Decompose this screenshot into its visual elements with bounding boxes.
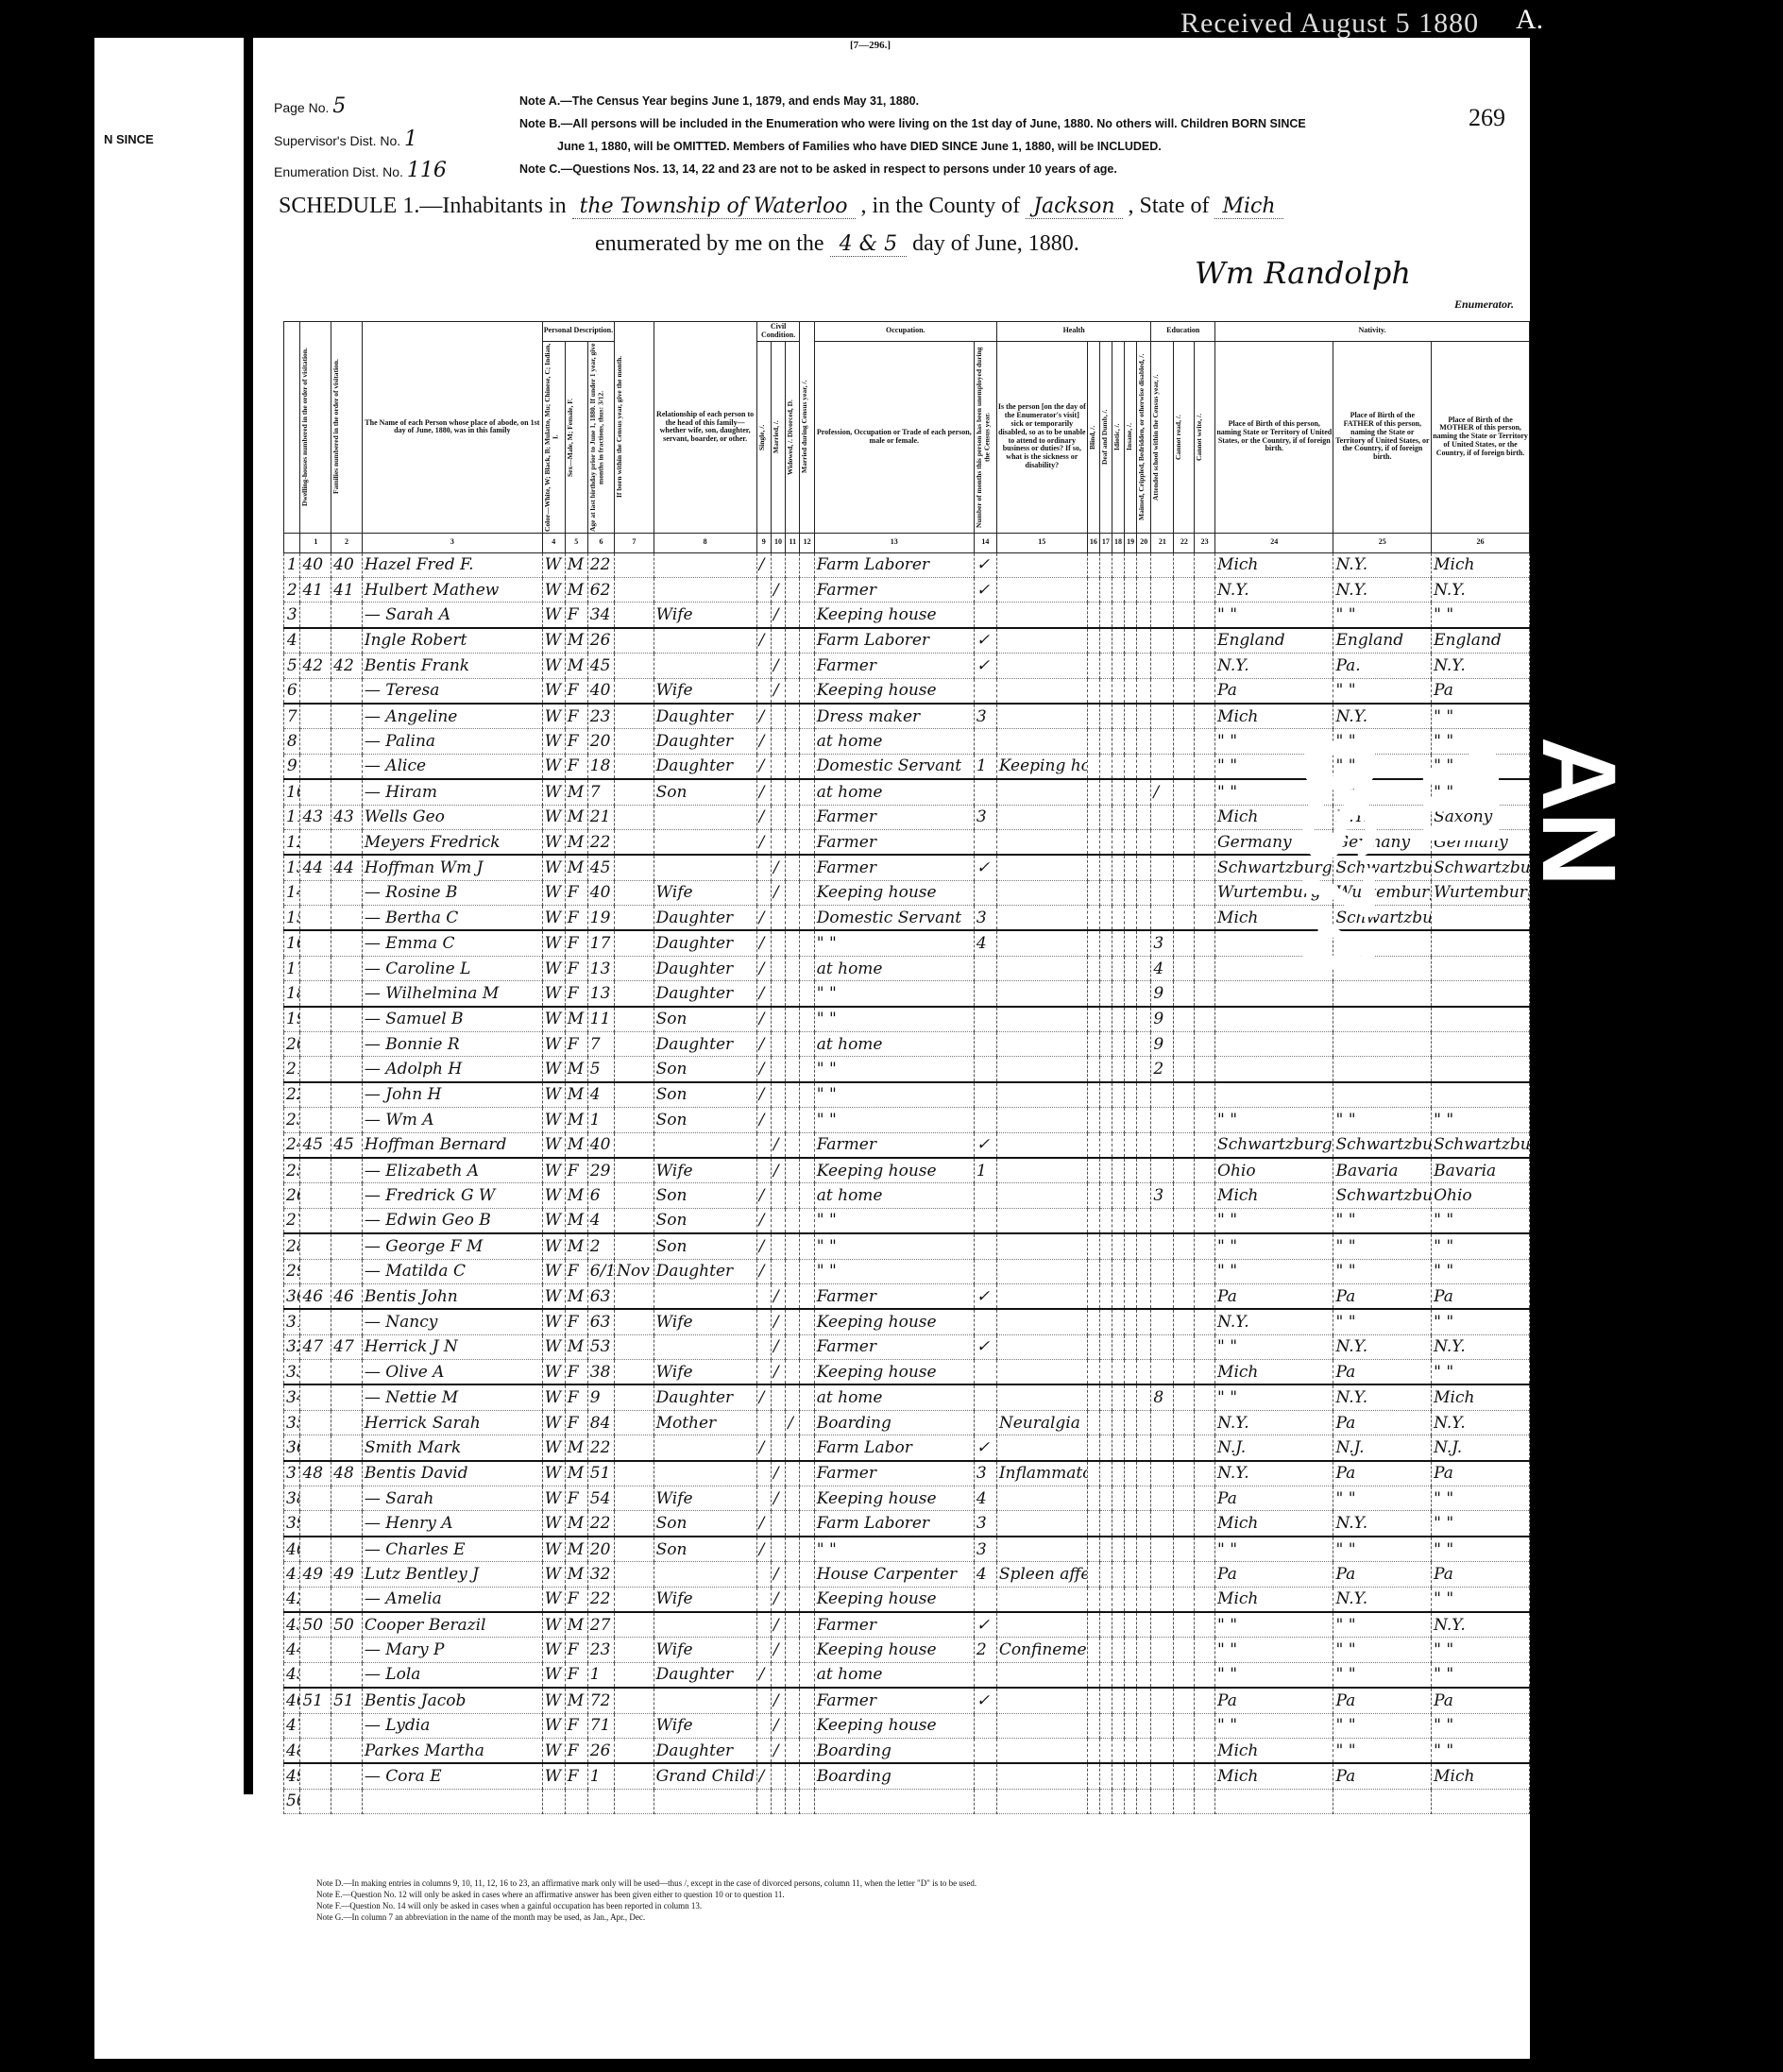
group-civil: Civil Condition. (756, 322, 800, 342)
cell-maimed (1137, 1587, 1151, 1612)
cell-idiot (1112, 930, 1124, 956)
cell-color: W (542, 829, 565, 855)
cell-single: / (756, 930, 771, 956)
cell-occ: Keeping house (814, 603, 974, 628)
cell-mdcy (800, 1208, 814, 1233)
cell-sick: Keeping house (996, 754, 1087, 779)
cell-month (615, 1208, 654, 1233)
cell-deaf (1099, 704, 1112, 729)
cell-married (771, 729, 785, 754)
cell-sex: M (565, 1208, 587, 1233)
cell-sick (996, 1283, 1087, 1309)
col-23-header: Cannot write, /. (1196, 343, 1203, 532)
cell-insane (1125, 1688, 1137, 1713)
cell-maimed (1137, 1283, 1151, 1309)
cell-mdcy (800, 1738, 814, 1763)
cell-mpob: N.Y. (1432, 1334, 1530, 1359)
cell-age: 22 (587, 552, 614, 577)
cell-widowed: / (786, 1410, 800, 1435)
cell-dw (300, 1259, 331, 1283)
cell-maimed (1137, 1738, 1151, 1763)
cell-fam: 49 (331, 1562, 363, 1587)
cell-blind (1087, 829, 1099, 855)
cell-fpob: " " (1333, 1638, 1432, 1662)
cell-write (1195, 1183, 1215, 1208)
cell-single: / (756, 1183, 771, 1208)
cell-mdcy (800, 981, 814, 1007)
cell-widowed (786, 1789, 800, 1813)
cell-read (1174, 855, 1195, 880)
cell-mpob: Mich (1432, 1763, 1530, 1789)
cell-deaf (1099, 603, 1112, 628)
line-number: 42 (284, 1587, 300, 1612)
cell-sick (996, 1233, 1087, 1259)
col-9-header: Single, /. (758, 343, 766, 532)
cell-school (1151, 1562, 1174, 1587)
cell-idiot (1112, 1183, 1124, 1208)
table-row: 48Parkes MarthaWF26Daughter/BoardingMich… (284, 1738, 1530, 1763)
cell-single (756, 1410, 771, 1435)
cell-month (615, 552, 654, 577)
cell-read (1174, 1158, 1195, 1183)
cell-unemp: 1 (974, 1158, 996, 1183)
cell-write (1195, 552, 1215, 577)
cell-unemp: 3 (974, 906, 996, 931)
column-number: 13 (814, 533, 974, 552)
cell-fam (331, 1789, 363, 1813)
table-row: 31— NancyWF63Wife/Keeping houseN.Y." "" … (284, 1309, 1530, 1334)
cell-married (771, 1435, 785, 1461)
cell-age: 26 (587, 628, 614, 654)
cell-married (771, 754, 785, 779)
cell-occ: Farmer (814, 1612, 974, 1638)
cell-idiot (1112, 1057, 1124, 1082)
line-number: 10 (284, 779, 300, 805)
table-row: 374848Bentis DavidWM51/Farmer3Inflammato… (284, 1461, 1530, 1486)
cell-mpob: Pa (1432, 1283, 1530, 1309)
cell-idiot (1112, 628, 1124, 654)
cell-age: 62 (587, 577, 614, 602)
cell-insane (1125, 1208, 1137, 1233)
cell-fam (331, 628, 363, 654)
cell-sick (996, 1183, 1087, 1208)
cell-maimed (1137, 1461, 1151, 1486)
cell-dw (300, 956, 331, 980)
cell-pob (1215, 1789, 1333, 1813)
table-row: 54242Bentis FrankWM45/Farmer✓N.Y.Pa.N.Y. (284, 654, 1530, 678)
cell-fpob: " " (1333, 1537, 1432, 1562)
cell-fpob: N.Y. (1333, 1384, 1432, 1410)
cell-rel: Daughter (654, 1738, 756, 1763)
cell-married: / (771, 1587, 785, 1612)
cell-school (1151, 1158, 1174, 1183)
cell-widowed (786, 1108, 800, 1132)
cell-fam (331, 1384, 363, 1410)
cell-month (615, 1789, 654, 1813)
cell-color: W (542, 552, 565, 577)
cell-maimed (1137, 1259, 1151, 1283)
cell-insane (1125, 1662, 1137, 1688)
cell-unemp: 1 (974, 754, 996, 779)
cell-sick (996, 628, 1087, 654)
cell-pob: Pa (1215, 1562, 1333, 1587)
cell-name: — Sarah A (362, 603, 542, 628)
cell-blind (1087, 1032, 1099, 1057)
binding-edge (244, 38, 253, 1794)
cell-maimed (1137, 729, 1151, 754)
cell-mdcy (800, 1612, 814, 1638)
cell-read (1174, 729, 1195, 754)
cell-unemp (974, 880, 996, 905)
cell-name: Herrick J N (362, 1334, 542, 1359)
cell-mdcy (800, 1688, 814, 1713)
col-17-header: Deaf and Dumb, /. (1101, 343, 1109, 532)
cell-deaf (1099, 577, 1112, 602)
cell-maimed (1137, 754, 1151, 779)
cell-mpob: " " (1432, 1537, 1530, 1562)
cell-age: 1 (587, 1763, 614, 1789)
cell-unemp (974, 1259, 996, 1283)
cell-rel: Son (654, 1082, 756, 1108)
cell-maimed (1137, 577, 1151, 602)
cell-sick (996, 1334, 1087, 1359)
column-number: 7 (615, 533, 654, 552)
cell-sick (996, 1132, 1087, 1158)
line-number: 3 (284, 603, 300, 628)
cell-occ: Boarding (814, 1763, 974, 1789)
cell-pob: N.Y. (1215, 654, 1333, 678)
cell-widowed (786, 1435, 800, 1461)
column-number: 14 (974, 533, 996, 552)
cell-sick (996, 906, 1087, 931)
cell-mpob: N.Y. (1432, 577, 1530, 602)
cell-dw: 47 (300, 1334, 331, 1359)
cell-maimed (1137, 1132, 1151, 1158)
cell-single: / (756, 981, 771, 1007)
cell-idiot (1112, 1763, 1124, 1789)
cell-blind (1087, 1662, 1099, 1688)
cell-name: Ingle Robert (362, 628, 542, 654)
cell-married: / (771, 1738, 785, 1763)
cell-rel (654, 1435, 756, 1461)
cell-married: / (771, 603, 785, 628)
cell-sick (996, 779, 1087, 805)
cell-widowed (786, 829, 800, 855)
cell-age: 54 (587, 1486, 614, 1511)
cell-idiot (1112, 779, 1124, 805)
cell-month (615, 1283, 654, 1309)
col-15-header: Is the person [on the day of the Enumera… (996, 341, 1087, 533)
col-2-header: Families numbered in the order of visita… (332, 332, 340, 521)
cell-unemp: 2 (974, 1638, 996, 1662)
cell-pob: " " (1215, 1334, 1333, 1359)
cell-deaf (1099, 805, 1112, 829)
cell-insane (1125, 1486, 1137, 1511)
cell-write (1195, 729, 1215, 754)
cell-blind (1087, 1334, 1099, 1359)
cell-school: 9 (1151, 981, 1174, 1007)
cell-unemp (974, 1410, 996, 1435)
cell-age: 23 (587, 704, 614, 729)
line-number: 8 (284, 729, 300, 754)
cell-color: W (542, 1410, 565, 1435)
cell-sick (996, 1537, 1087, 1562)
cell-idiot (1112, 981, 1124, 1007)
cell-blind (1087, 1587, 1099, 1612)
cell-mpob: N.Y. (1432, 654, 1530, 678)
cell-married: / (771, 654, 785, 678)
cell-sex: M (565, 654, 587, 678)
cell-write (1195, 704, 1215, 729)
cell-rel (654, 577, 756, 602)
cell-mpob: " " (1432, 1738, 1530, 1763)
table-row: 22— John HWM4Son/" " (284, 1082, 1530, 1108)
page-no-label: Page No. (274, 100, 329, 115)
cell-occ: Farmer (814, 1334, 974, 1359)
cell-mpob (1432, 1032, 1530, 1057)
cell-fpob: Bavaria (1333, 1158, 1432, 1183)
cell-unemp (974, 779, 996, 805)
cell-fpob: N.Y. (1333, 1511, 1432, 1537)
cell-school (1151, 729, 1174, 754)
cell-color: W (542, 1032, 565, 1057)
cell-single (756, 1587, 771, 1612)
cell-mdcy (800, 1562, 814, 1587)
column-number: 8 (654, 533, 756, 552)
cell-color: W (542, 1259, 565, 1283)
cell-pob: Pa (1215, 1486, 1333, 1511)
cell-widowed (786, 1486, 800, 1511)
cell-month (615, 1537, 654, 1562)
line-number: 16 (284, 930, 300, 956)
cell-widowed (786, 1259, 800, 1283)
cell-read (1174, 1259, 1195, 1283)
cell-write (1195, 1334, 1215, 1359)
cell-dw (300, 981, 331, 1007)
cell-school (1151, 552, 1174, 577)
cell-mpob: " " (1432, 1360, 1530, 1385)
cell-age: 23 (587, 1638, 614, 1662)
cell-rel: Daughter (654, 704, 756, 729)
cell-dw: 48 (300, 1461, 331, 1486)
form-number: [7—296.] (850, 40, 891, 51)
cell-occ: Keeping house (814, 880, 974, 905)
cell-maimed (1137, 880, 1151, 905)
cell-mdcy (800, 1435, 814, 1461)
cell-school (1151, 1612, 1174, 1638)
cell-name: — Samuel B (362, 1007, 542, 1032)
cell-month (615, 1662, 654, 1688)
table-row: 14040Hazel Fred F.WM22/Farm Laborer✓Mich… (284, 552, 1530, 577)
cell-sex: M (565, 805, 587, 829)
cell-married (771, 1233, 785, 1259)
instruction-notes: Note A.—The Census Year begins June 1, 1… (519, 90, 1306, 180)
cell-blind (1087, 1360, 1099, 1385)
cell-blind (1087, 1082, 1099, 1108)
cell-age: 13 (587, 956, 614, 980)
cell-dw (300, 930, 331, 956)
column-number: 1 (300, 533, 331, 552)
cell-mdcy (800, 1132, 814, 1158)
cell-occ: Domestic Servant (814, 906, 974, 931)
cell-school (1151, 654, 1174, 678)
cell-month (615, 1486, 654, 1511)
cell-insane (1125, 729, 1137, 754)
cell-mpob: Pa (1432, 1688, 1530, 1713)
cell-color: W (542, 880, 565, 905)
cell-widowed (786, 603, 800, 628)
cell-month (615, 1511, 654, 1537)
cell-deaf (1099, 1032, 1112, 1057)
cell-read (1174, 704, 1195, 729)
column-number: 20 (1137, 533, 1151, 552)
cell-dw (300, 906, 331, 931)
cell-read (1174, 1688, 1195, 1713)
cell-color: W (542, 1007, 565, 1032)
cell-sick (996, 1158, 1087, 1183)
cell-sick: Neuralgia (996, 1410, 1087, 1435)
cell-idiot (1112, 1132, 1124, 1158)
cell-married: / (771, 1562, 785, 1587)
line-number: 38 (284, 1486, 300, 1511)
cell-idiot (1112, 880, 1124, 905)
cell-married (771, 1183, 785, 1208)
cell-deaf (1099, 981, 1112, 1007)
column-number: 23 (1195, 533, 1215, 552)
cell-age: 1 (587, 1108, 614, 1132)
cell-dw (300, 1384, 331, 1410)
cell-dw (300, 829, 331, 855)
schedule-title: SCHEDULE 1.—Inhabitants in (279, 194, 567, 218)
cell-name: Meyers Fredrick (362, 829, 542, 855)
cell-unemp (974, 1007, 996, 1032)
cell-write (1195, 1738, 1215, 1763)
cell-dw (300, 603, 331, 628)
cell-mpob (1432, 1007, 1530, 1032)
cell-mpob: N.Y. (1432, 1410, 1530, 1435)
day-suffix: day of June, 1880. (912, 231, 1079, 256)
column-number-row: 1234567891011121314151617181920212223242… (284, 533, 1530, 552)
cell-read (1174, 1007, 1195, 1032)
cell-age: 11 (587, 1007, 614, 1032)
cell-dw (300, 1587, 331, 1612)
cell-insane (1125, 1360, 1137, 1385)
cell-read (1174, 1486, 1195, 1511)
cell-write (1195, 678, 1215, 704)
cell-occ: Farmer (814, 654, 974, 678)
cell-insane (1125, 1738, 1137, 1763)
cell-married (771, 1789, 785, 1813)
cell-unemp: ✓ (974, 1334, 996, 1359)
cell-occ: Dress maker (814, 704, 974, 729)
cell-school (1151, 1511, 1174, 1537)
cell-insane (1125, 855, 1137, 880)
cell-married: / (771, 855, 785, 880)
cell-widowed (786, 930, 800, 956)
cell-maimed (1137, 552, 1151, 577)
cell-deaf (1099, 1309, 1112, 1334)
cell-fpob: " " (1333, 1486, 1432, 1511)
col-21-header: Attended school within the Census year, … (1152, 343, 1160, 532)
cell-dw (300, 1208, 331, 1233)
col-16-header: Blind, /. (1089, 343, 1096, 532)
cell-occ: " " (814, 1108, 974, 1132)
cell-age: 4 (587, 1208, 614, 1233)
col-18-header: Idiotic, /. (1113, 343, 1121, 532)
cell-widowed (786, 1309, 800, 1334)
cell-read (1174, 654, 1195, 678)
cell-mpob: Mich (1432, 1384, 1530, 1410)
cell-sick (996, 603, 1087, 628)
cell-idiot (1112, 577, 1124, 602)
cell-fam (331, 880, 363, 905)
cell-color: W (542, 1183, 565, 1208)
cell-month (615, 1334, 654, 1359)
cell-sick (996, 729, 1087, 754)
cell-idiot (1112, 1612, 1124, 1638)
cell-idiot (1112, 1309, 1124, 1334)
cell-pob: " " (1215, 1612, 1333, 1638)
cell-married: / (771, 1688, 785, 1713)
cell-sick (996, 1309, 1087, 1334)
column-number: 26 (1432, 533, 1530, 552)
cell-write (1195, 577, 1215, 602)
cell-single: / (756, 1384, 771, 1410)
cell-dw: 44 (300, 855, 331, 880)
cell-widowed (786, 1183, 800, 1208)
cell-mdcy (800, 628, 814, 654)
cell-school (1151, 754, 1174, 779)
cell-single: / (756, 1537, 771, 1562)
cell-dw (300, 678, 331, 704)
cell-rel: Son (654, 1183, 756, 1208)
cell-pob: Pa (1215, 678, 1333, 704)
cell-age: 20 (587, 729, 614, 754)
cell-insane (1125, 1587, 1137, 1612)
cell-idiot (1112, 906, 1124, 931)
cell-insane (1125, 1638, 1137, 1662)
cell-mdcy (800, 1309, 814, 1334)
cell-month (615, 829, 654, 855)
cell-idiot (1112, 754, 1124, 779)
cell-write (1195, 1435, 1215, 1461)
cell-insane (1125, 654, 1137, 678)
cell-blind (1087, 1007, 1099, 1032)
cell-school (1151, 855, 1174, 880)
cell-rel: Daughter (654, 930, 756, 956)
footnotes: Note D.—In making entries in columns 9, … (316, 1877, 976, 1923)
cell-unemp: 3 (974, 1537, 996, 1562)
cell-single: / (756, 1259, 771, 1283)
cell-mdcy (800, 1789, 814, 1813)
cell-sick (996, 1032, 1087, 1057)
cell-married: / (771, 678, 785, 704)
cell-school (1151, 1688, 1174, 1713)
enumerator-signature: Wm Randolph (1195, 255, 1411, 291)
enumeration-label: Enumeration Dist. No. (274, 164, 403, 179)
cell-month (615, 1360, 654, 1385)
cell-insane (1125, 1132, 1137, 1158)
cell-color: W (542, 906, 565, 931)
cell-school: 9 (1151, 1007, 1174, 1032)
cell-fpob: Schwartzburg (1333, 1183, 1432, 1208)
cell-widowed (786, 1057, 800, 1082)
cell-maimed (1137, 1435, 1151, 1461)
cell-idiot (1112, 552, 1124, 577)
cell-sex: M (565, 1057, 587, 1082)
col-4-header: Color—White, W; Black, B; Mulatto, Mu; C… (544, 343, 560, 532)
cell-pob: Pa (1215, 1283, 1333, 1309)
